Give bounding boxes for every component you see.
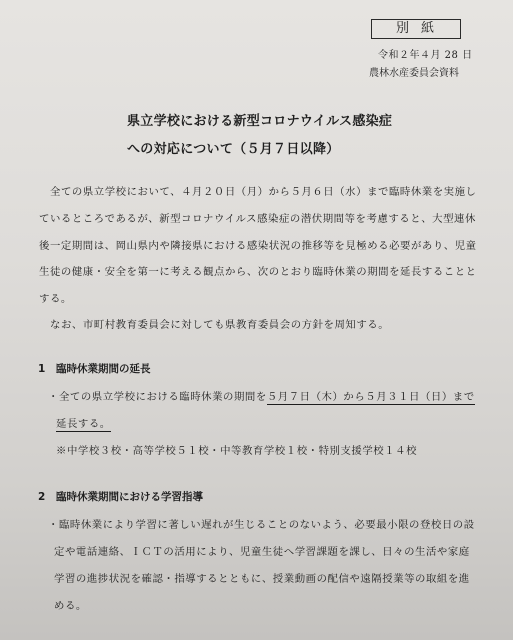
intro-line-1: 全ての県立学校において、４月２０日（月）から５月６日（水）まで臨時休業を実施し	[50, 183, 476, 198]
section-1-title: 臨時休業期間の延長	[56, 363, 151, 375]
intro-note: なお、市町村教育委員会に対しても県教育委員会の方針を周知する。	[50, 316, 389, 331]
section-1-bullet-prefix: ・全ての県立学校における臨時休業の期間を	[48, 391, 267, 403]
section-2-number: 2	[38, 491, 56, 503]
document-title-line-2: への対応について（５月７日以降）	[127, 138, 340, 157]
intro-line-4: 生徒の健康・安全を第一に考える観点から、次のとおり臨時休業の期間を延長することと	[39, 263, 477, 278]
section-1-bullet-line-2: 延長する。	[56, 415, 111, 430]
attachment-stamp: 別紙	[371, 19, 461, 39]
intro-line-5: する。	[39, 290, 72, 305]
section-2-line-2: 定や電話連絡、ＩＣＴの活用により、児童生徒へ学習課題を課し、日々の生活や家庭	[54, 543, 470, 558]
section-2-line-3: 学習の進捗状況を確認・指導するとともに、授業動画の配信や遠隔授業等の取組を進	[54, 570, 470, 585]
section-1-number: 1	[38, 363, 56, 375]
intro-line-2: ているところであるが、新型コロナウイルス感染症の潜伏期間等を考慮すると、大型連休	[39, 210, 476, 225]
section-1-underlined-period: ５月７日（木）から５月３１日（日）まで	[267, 391, 475, 405]
section-1-bullet-line-1: ・全ての県立学校における臨時休業の期間を５月７日（木）から５月３１日（日）まで	[48, 388, 475, 403]
section-1-underlined-extend: 延長する。	[56, 418, 111, 432]
section-2-heading: 2臨時休業期間における学習指導	[38, 489, 203, 504]
section-2-title: 臨時休業期間における学習指導	[56, 491, 203, 503]
section-2-line-1: ・臨時休業により学習に著しい遅れが生じることのないよう、必要最小限の登校日の設	[48, 516, 475, 531]
document-title-line-1: 県立学校における新型コロナウイルス感染症	[127, 110, 392, 129]
document-date: 令和２年４月 28 日	[378, 46, 473, 61]
section-2-line-4: める。	[54, 597, 87, 612]
section-1-footnote: ※中学校３校・高等学校５１校・中等教育学校１校・特別支援学校１４校	[56, 442, 417, 457]
department-label: 農林水産委員会資料	[369, 64, 459, 79]
section-1-heading: 1臨時休業期間の延長	[38, 361, 151, 376]
intro-line-3: 後一定期間は、岡山県内や隣接県における感染状況の推移等を見極める必要があり、児童	[39, 237, 477, 252]
